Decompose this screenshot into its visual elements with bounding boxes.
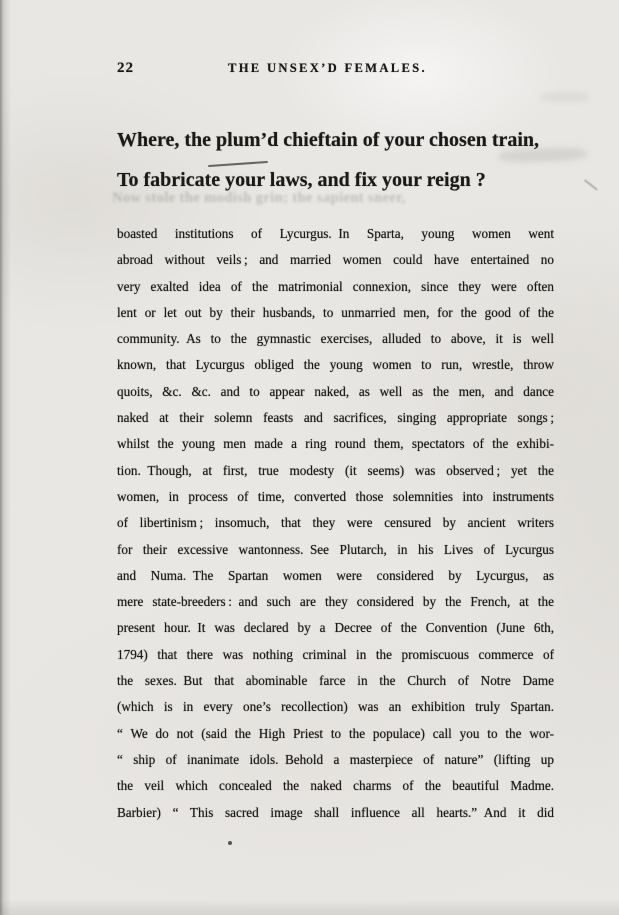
footnote-text-block: boasted institutions of Lycurgus. In Spa…: [117, 221, 554, 826]
body-line: community. As to the gymnastic exercises…: [117, 326, 554, 352]
body-line: known, that Lycurgus obliged the young w…: [117, 352, 554, 378]
running-title: THE UNSEX’D FEMALES.: [228, 61, 427, 76]
body-line: 1794) that there was nothing criminal in…: [117, 642, 554, 668]
page-header: 22 THE UNSEX’D FEMALES.: [0, 59, 619, 81]
book-page: 22 THE UNSEX’D FEMALES. Now stole the mo…: [0, 0, 619, 915]
page-number: 22: [117, 60, 134, 77]
body-line: for their excessive wantonness. See Plut…: [117, 537, 554, 563]
body-line: “ ship of inanimate idols. Behold a mast…: [117, 747, 554, 773]
body-line: present hour. It was declared by a Decre…: [117, 615, 554, 641]
body-line: quoits, &c. &c. and to appear naked, as …: [117, 379, 554, 405]
show-through-smudge: [540, 92, 590, 102]
scan-edge-shadow-left: [0, 0, 11, 915]
verse-line: To fabricate your laws, and fix your rei…: [117, 160, 587, 200]
scan-edge-shadow-bottom: [0, 899, 619, 915]
ink-speck: [228, 841, 232, 845]
body-line: women, in process of time, converted tho…: [117, 484, 554, 510]
body-line: tion. Though, at first, true modesty (it…: [117, 458, 554, 484]
body-line: naked at their solemn feasts and sacrifi…: [117, 405, 554, 431]
body-line: mere state-breeders : and such are they …: [117, 589, 554, 615]
body-line: lent or let out by their husbands, to un…: [117, 300, 554, 326]
body-line: the sexes. But that abominable farce in …: [117, 668, 554, 694]
body-line: “ We do not (said the High Priest to the…: [117, 721, 554, 747]
body-line: very exalted idea of the matrimonial con…: [117, 274, 554, 300]
body-line: and Numa. The Spartan women were conside…: [117, 563, 554, 589]
body-line: Barbier) “ This sacred image shall influ…: [117, 800, 554, 826]
body-line: (which is in every one’s recollection) w…: [117, 694, 554, 720]
body-line: whilst the young men made a ring round t…: [117, 431, 554, 457]
body-line: of libertinism ; insomuch, that they wer…: [117, 510, 554, 536]
body-line: the veil which concealed the naked charm…: [117, 773, 554, 799]
body-line: boasted institutions of Lycurgus. In Spa…: [117, 221, 554, 247]
body-line: abroad without veils ; and married women…: [117, 247, 554, 273]
